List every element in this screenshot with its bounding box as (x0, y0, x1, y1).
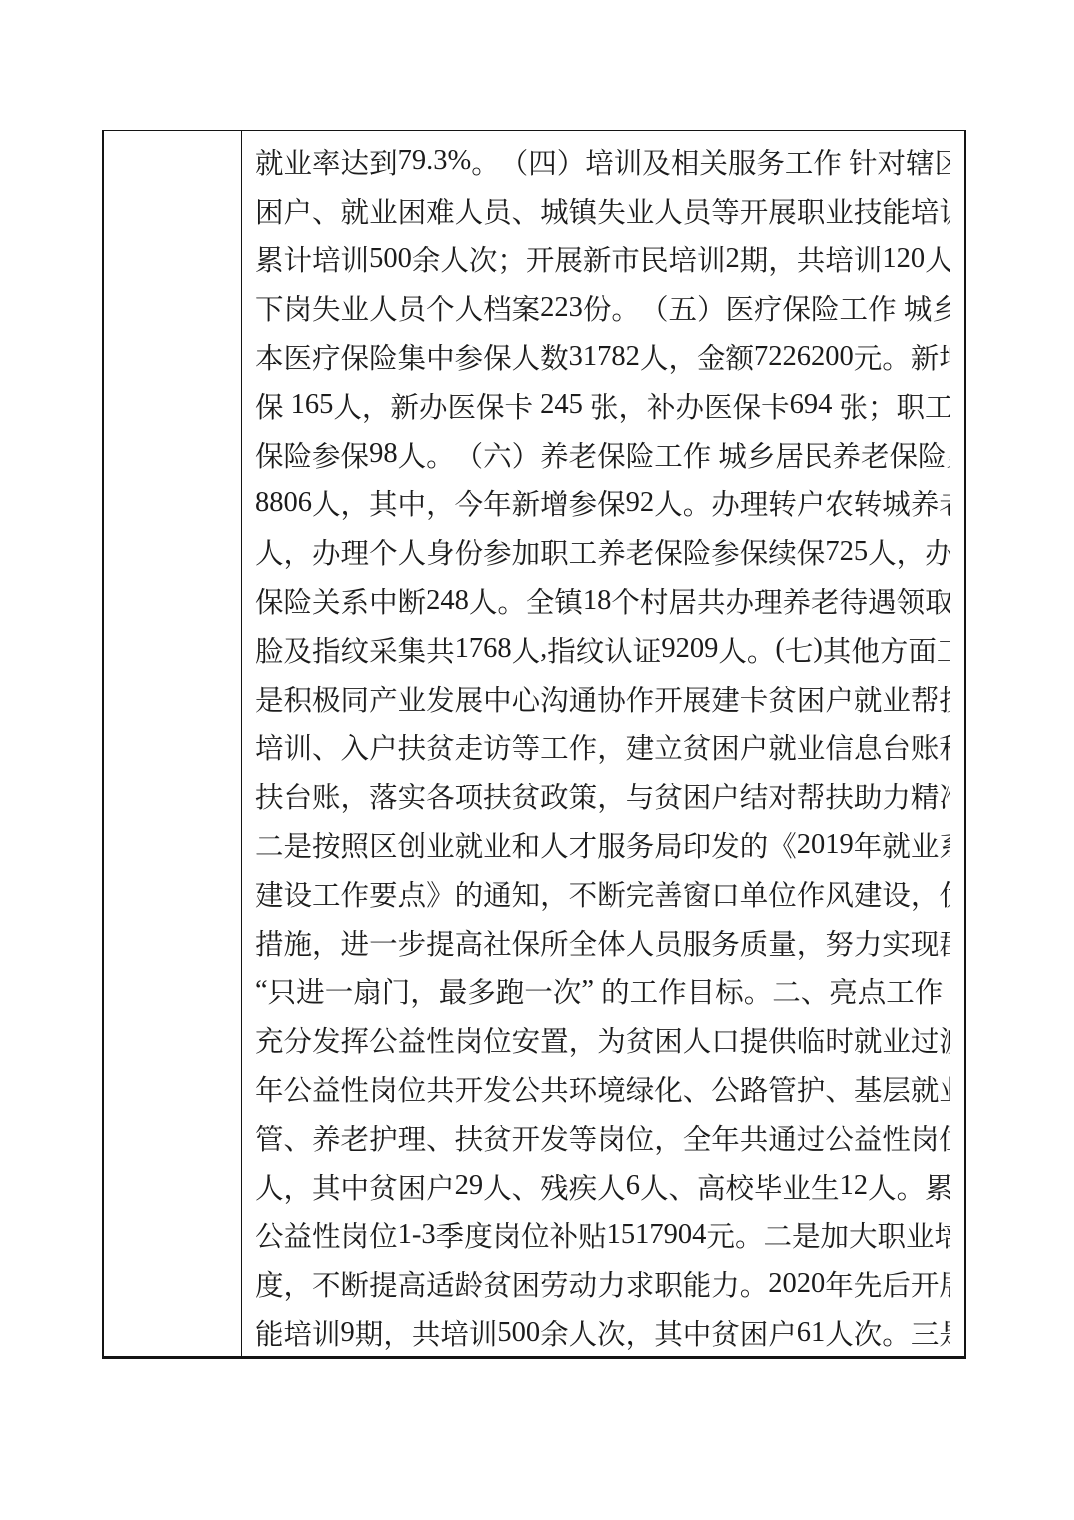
text-line: 二是按照区创业就业和人才服务局印发的《2019年就业系统行风 (255, 820, 950, 869)
report-table: 就业率达到79.3%。（四）培训及相关服务工作 针对辖区建卡贫困户、就业困难人员… (102, 130, 966, 1359)
text-line: 保险参保98人。（六）养老保险工作 城乡居民养老保险累计参保 (255, 430, 950, 479)
report-text-cell: 就业率达到79.3%。（四）培训及相关服务工作 针对辖区建卡贫困户、就业困难人员… (242, 131, 964, 1356)
text-line: 累计培训500余人次；开展新市民培训2期，共培训120人；管理 (255, 235, 950, 284)
text-line: 扶台账，落实各项扶贫政策，与贫困户结对帮扶助力精准脱贫。 (255, 771, 950, 820)
text-line: 8806人，其中，今年新增参保92人。办理转户农转城养老保险10 (255, 479, 950, 528)
text-line: 充分发挥公益性岗位安置，为贫困人口提供临时就业过渡。2020 (255, 1015, 950, 1064)
text-line: 下岗失业人员个人档案223份。（五）医疗保险工作 城乡居民基 (255, 283, 950, 332)
text-line: 人，办理个人身份参加职工养老保险参保续保725人，办理养老 (255, 527, 950, 576)
text-line: 脸及指纹采集共1768人,指纹认证9209人。(七)其他方面工作 一 (255, 625, 950, 674)
document-page: 就业率达到79.3%。（四）培训及相关服务工作 针对辖区建卡贫困户、就业困难人员… (0, 0, 1074, 1520)
text-line: 建设工作要点》的通知，不断完善窗口单位作风建设，优化服务 (255, 869, 950, 918)
row-label-cell (104, 131, 242, 1356)
text-line: 度，不断提高适龄贫困劳动力求职能力。2020年先后开展职业技 (255, 1259, 950, 1308)
text-line: 困户、就业困难人员、城镇失业人员等开展职业技能培训共9期， (255, 186, 950, 235)
text-line: 年公益性岗位共开发公共环境绿化、公路管护、基层就业服务协 (255, 1064, 950, 1113)
text-line: 公益性岗位1-3季度岗位补贴1517904元。二是加大职业培训力 (255, 1211, 950, 1260)
text-line: 保险关系中断248人。全镇18个村居共办理养老待遇领取人员人 (255, 576, 950, 625)
text-line: 就业率达到79.3%。（四）培训及相关服务工作 针对辖区建卡贫 (255, 137, 950, 186)
text-line: 措施，进一步提高社保所全体人员服务质量，努力实现群众办事 (255, 918, 950, 967)
text-line: 人，其中贫困户29人、残疾人6人、高校毕业生12人。累计申请 (255, 1162, 950, 1211)
text-line: 培训、入户扶贫走访等工作，建立贫困户就业信息台账和就业帮 (255, 723, 950, 772)
text-line: 是积极同产业发展中心沟通协作开展建卡贫困户就业帮扶、职业 (255, 674, 950, 723)
text-line: “只进一扇门，最多跑一次” 的工作目标。二、亮点工作 一是 (255, 967, 950, 1016)
text-line: 能培训9期，共培训500余人次，其中贫困户61人次。三是为促进 (255, 1308, 950, 1356)
text-line: 本医疗保险集中参保人数31782人，金额7226200元。新增医疗参 (255, 332, 950, 381)
text-line: 管、养老护理、扶贫开发等岗位，全年共通过公益性岗位安置52 (255, 1113, 950, 1162)
text-line: 保 165人，新办医保卡 245 张，补办医保卡694 张；职工医疗 (255, 381, 950, 430)
